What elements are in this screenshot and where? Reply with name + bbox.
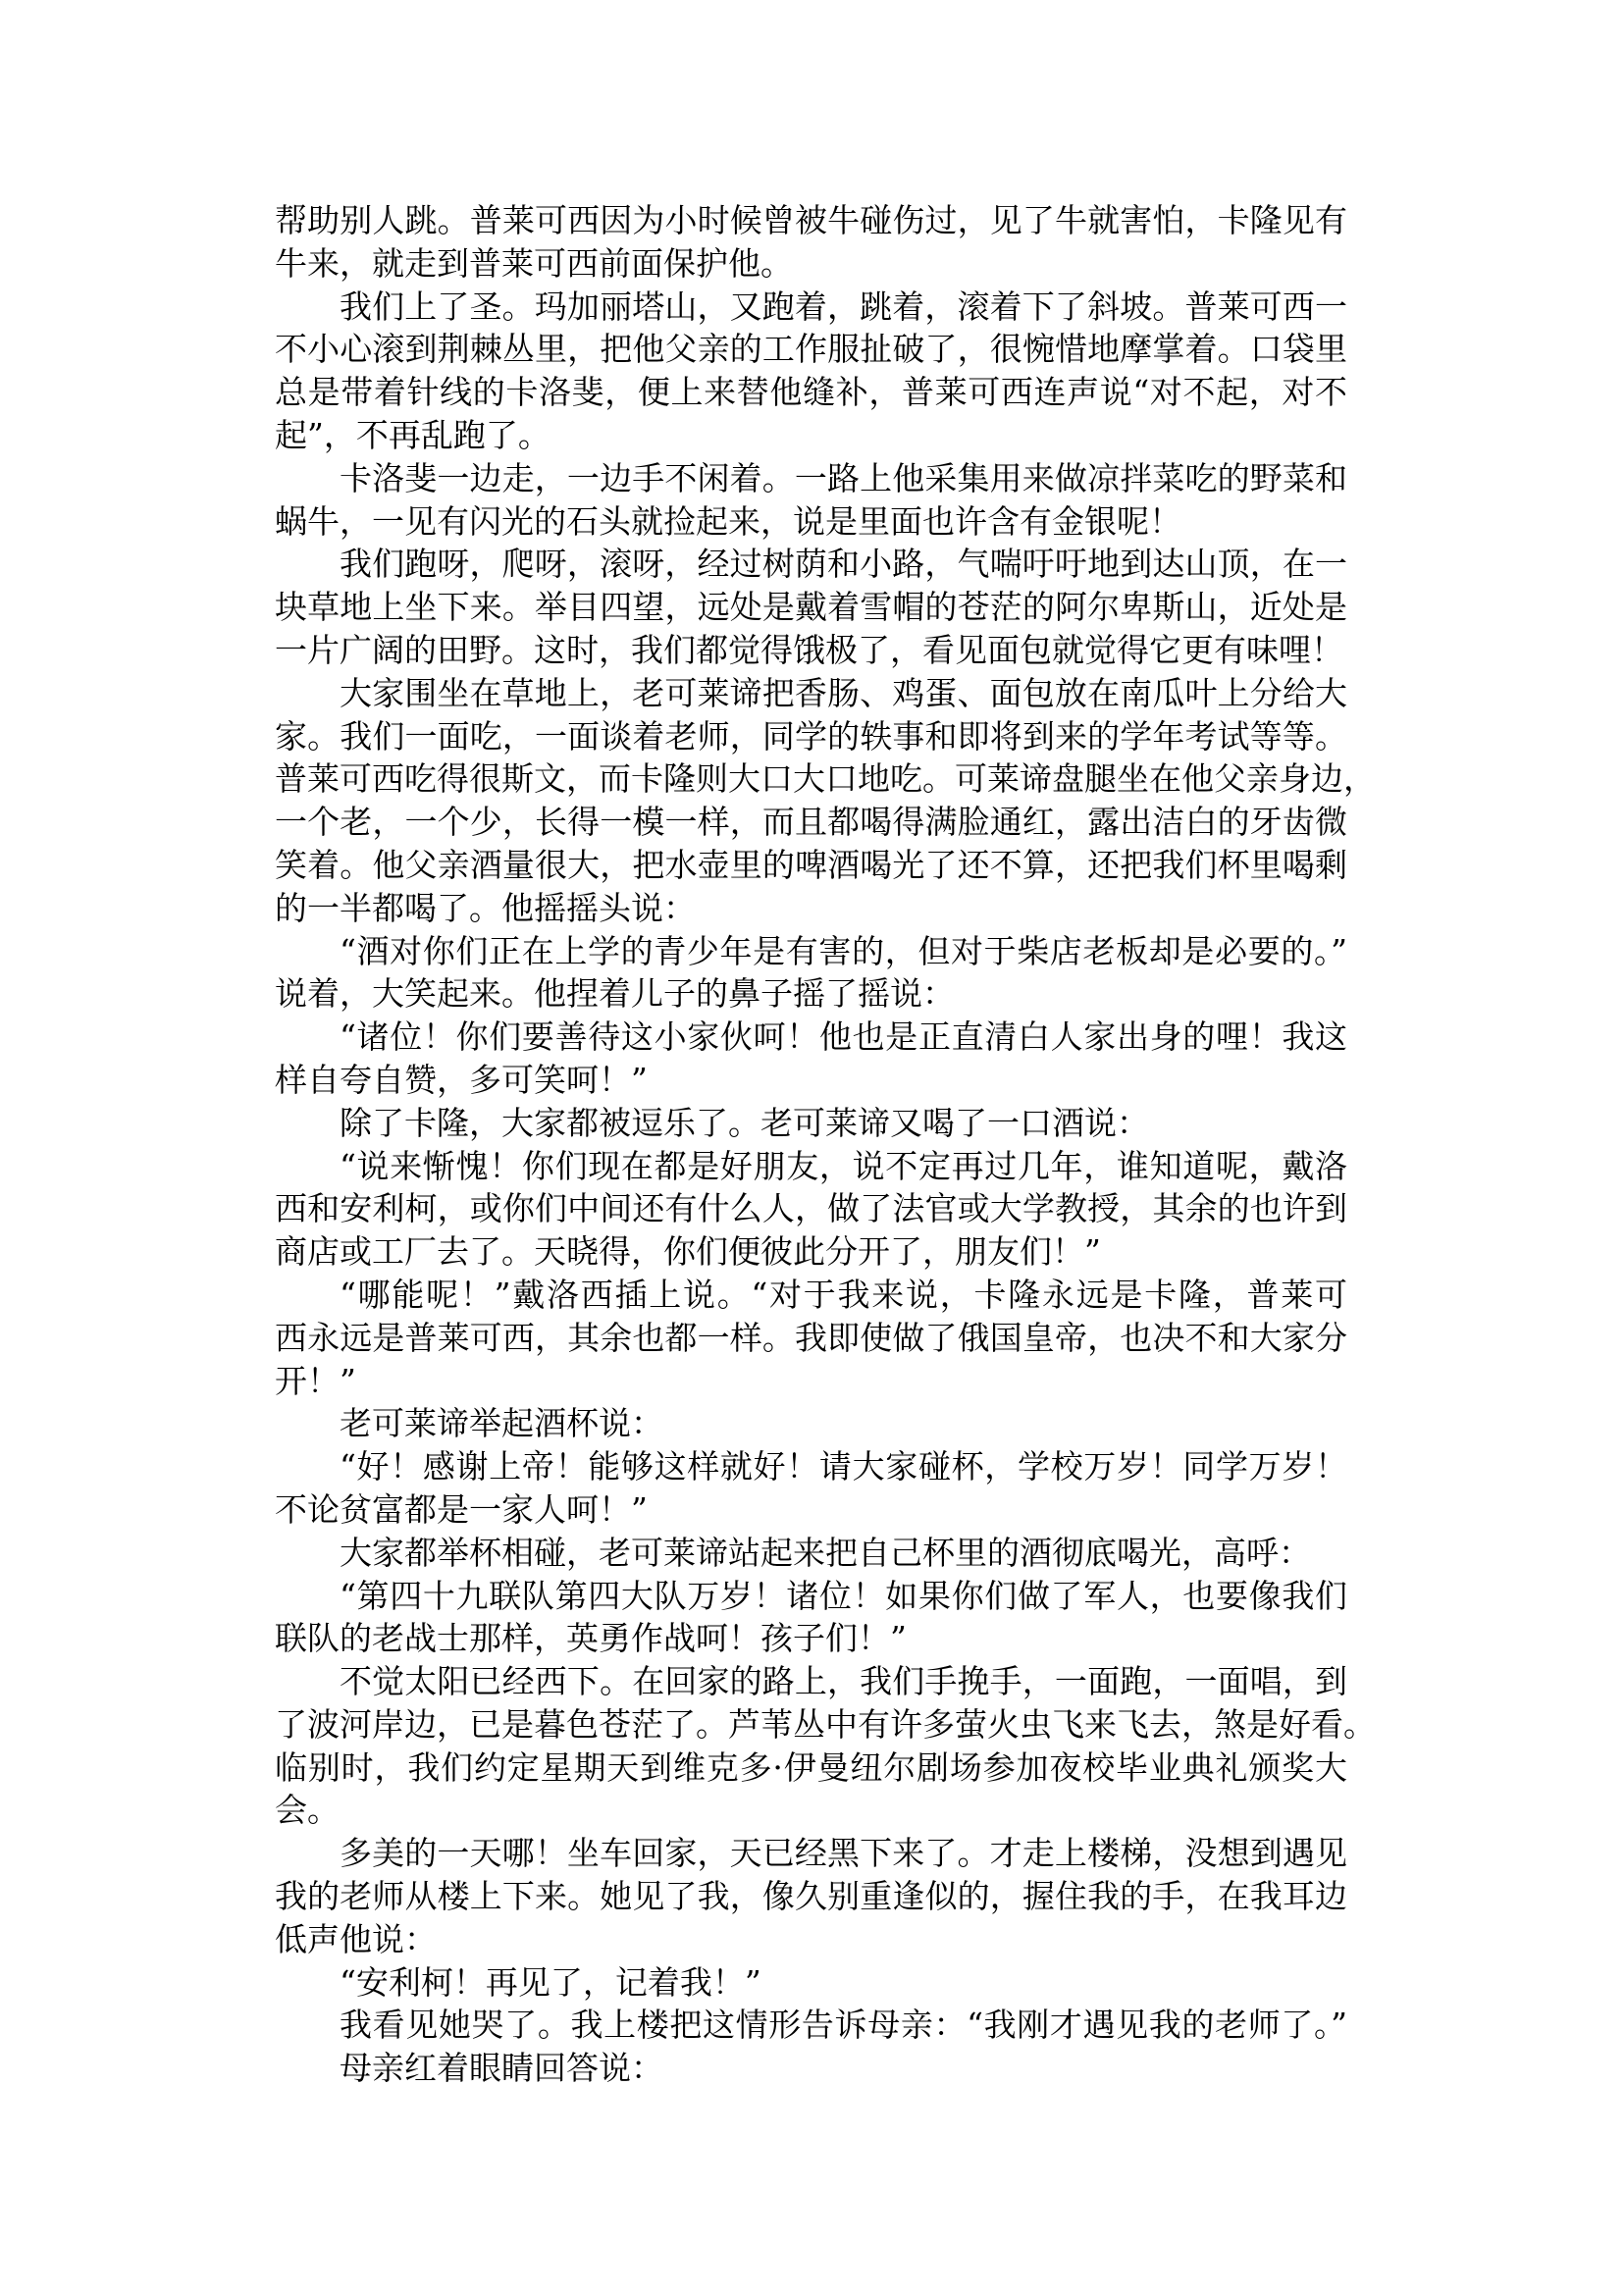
text-line: 总是带着针线的卡洛斐，便上来替他缝补，普莱可西连声说“对不起，对不	[275, 371, 1347, 414]
text-line: “诸位！你们要善待这小家伙呵！他也是正直清白人家出身的哩！我这	[275, 1016, 1347, 1059]
text-line: 联队的老战士那样，英勇作战呵！孩子们！”	[275, 1617, 1347, 1660]
text-line: 笑着。他父亲酒量很大，把水壶里的啤酒喝光了还不算，还把我们杯里喝剩	[275, 844, 1347, 887]
text-line: 不觉太阳已经西下。在回家的路上，我们手挽手，一面跑，一面唱，到	[275, 1660, 1347, 1703]
text-line: 除了卡隆，大家都被逗乐了。老可莱谛又喝了一口酒说：	[275, 1102, 1347, 1145]
text-line: 了波河岸边，已是暮色苍茫了。芦苇丛中有许多萤火虫飞来飞去，煞是好看。	[275, 1703, 1347, 1747]
text-line: 卡洛斐一边走，一边手不闲着。一路上他采集用来做凉拌菜吃的野菜和	[275, 457, 1347, 500]
text-line: 会。	[275, 1789, 1347, 1832]
text-line: 大家都举杯相碰，老可莱谛站起来把自己杯里的酒彻底喝光，高呼：	[275, 1532, 1347, 1575]
text-line: 我的老师从楼上下来。她见了我，像久别重逢似的，握住我的手，在我耳边	[275, 1875, 1347, 1918]
text-line: “哪能呢！”戴洛西插上说。“对于我来说，卡隆永远是卡隆，普莱可	[275, 1274, 1347, 1317]
text-line: 样自夸自赞，多可笑呵！”	[275, 1059, 1347, 1102]
text-line: 我们上了圣。玛加丽塔山，又跑着，跳着，滚着下了斜坡。普莱可西一	[275, 286, 1347, 329]
text-line: “安利柯！再见了，记着我！”	[275, 1961, 1347, 2005]
document-page: 帮助别人跳。普莱可西因为小时候曾被牛碰伤过，见了牛就害怕，卡隆见有牛来，就走到普…	[0, 0, 1624, 2294]
text-line: “好！感谢上帝！能够这样就好！请大家碰杯，学校万岁！同学万岁！	[275, 1445, 1347, 1488]
body-text: 帮助别人跳。普莱可西因为小时候曾被牛碰伤过，见了牛就害怕，卡隆见有牛来，就走到普…	[275, 199, 1347, 2090]
text-line: 低声他说：	[275, 1918, 1347, 1961]
text-line: 蜗牛，一见有闪光的石头就捡起来，说是里面也许含有金银呢！	[275, 500, 1347, 544]
text-line: 牛来，就走到普莱可西前面保护他。	[275, 242, 1347, 286]
text-line: 母亲红着眼睛回答说：	[275, 2047, 1347, 2090]
text-line: 一个老，一个少，长得一模一样，而且都喝得满脸通红，露出洁白的牙齿微	[275, 801, 1347, 844]
text-line: 我们跑呀，爬呀，滚呀，经过树荫和小路，气喘吁吁地到达山顶，在一	[275, 543, 1347, 586]
text-line: 起”，不再乱跑了。	[275, 414, 1347, 457]
text-line: 我看见她哭了。我上楼把这情形告诉母亲：“我刚才遇见我的老师了。”	[275, 2004, 1347, 2047]
text-line: 老可莱谛举起酒杯说：	[275, 1402, 1347, 1445]
text-line: 说着，大笑起来。他捏着儿子的鼻子摇了摇说：	[275, 972, 1347, 1016]
text-line: “酒对你们正在上学的青少年是有害的，但对于柴店老板却是必要的。”	[275, 930, 1347, 973]
text-line: 西永远是普莱可西，其余也都一样。我即使做了俄国皇帝，也决不和大家分	[275, 1317, 1347, 1360]
text-line: 大家围坐在草地上，老可莱谛把香肠、鸡蛋、面包放在南瓜叶上分给大	[275, 672, 1347, 715]
text-line: “说来惭愧！你们现在都是好朋友，说不定再过几年，谁知道呢，戴洛	[275, 1145, 1347, 1188]
text-line: 多美的一天哪！坐车回家，天已经黑下来了。才走上楼梯，没想到遇见	[275, 1832, 1347, 1875]
text-line: “第四十九联队第四大队万岁！诸位！如果你们做了军人，也要像我们	[275, 1575, 1347, 1618]
text-line: 临别时，我们约定星期天到维克多·伊曼纽尔剧场参加夜校毕业典礼颁奖大	[275, 1747, 1347, 1790]
text-line: 块草地上坐下来。举目四望，远处是戴着雪帽的苍茫的阿尔卑斯山，近处是	[275, 586, 1347, 629]
text-line: 家。我们一面吃，一面谈着老师，同学的轶事和即将到来的学年考试等等。	[275, 715, 1347, 758]
text-line: 开！”	[275, 1360, 1347, 1403]
text-line: 商店或工厂去了。天晓得，你们便彼此分开了，朋友们！”	[275, 1230, 1347, 1274]
text-line: 西和安利柯，或你们中间还有什么人，做了法官或大学教授，其余的也许到	[275, 1187, 1347, 1230]
text-line: 帮助别人跳。普莱可西因为小时候曾被牛碰伤过，见了牛就害怕，卡隆见有	[275, 199, 1347, 242]
text-line: 一片广阔的田野。这时，我们都觉得饿极了，看见面包就觉得它更有味哩！	[275, 629, 1347, 672]
text-line: 不论贫富都是一家人呵！”	[275, 1488, 1347, 1532]
text-line: 普莱可西吃得很斯文，而卡隆则大口大口地吃。可莱谛盘腿坐在他父亲身边，	[275, 757, 1347, 801]
text-line: 不小心滚到荆棘丛里，把他父亲的工作服扯破了，很惋惜地摩掌着。口袋里	[275, 328, 1347, 371]
text-line: 的一半都喝了。他摇摇头说：	[275, 887, 1347, 930]
